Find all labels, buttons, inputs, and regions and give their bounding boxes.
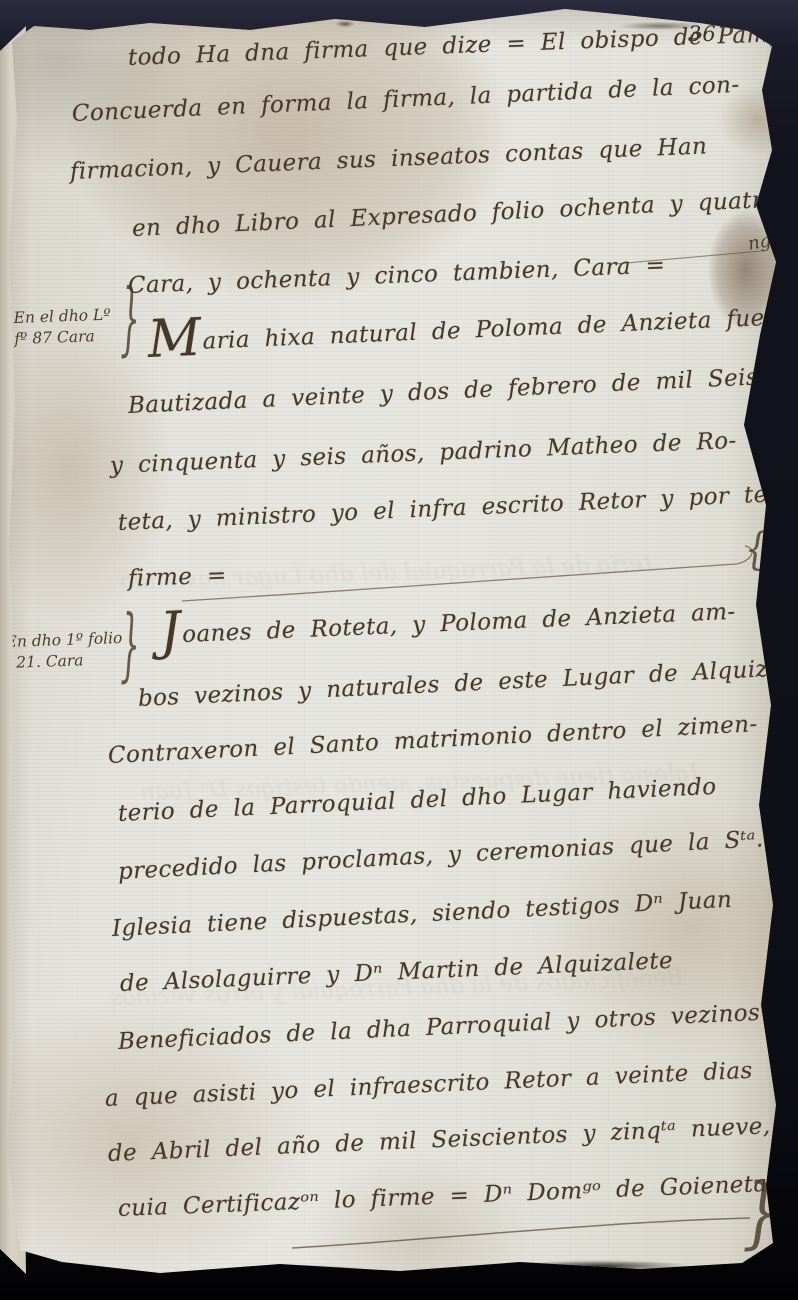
margin-note-folio-121: En dho 1º folio 121. Cara: [5, 628, 123, 674]
decorated-initial: M: [147, 308, 203, 370]
manuscript-line: firme =: [128, 563, 228, 592]
photo-background: terio de la Parroquial del dho Lugar hav…: [0, 0, 798, 1300]
margin-note-folio-87: En el dho Lº fº 87 Cara: [13, 305, 111, 350]
margin-brace: }: [120, 272, 139, 364]
margin-brace: }: [120, 598, 139, 690]
edge-text-fragment: ng: [746, 230, 772, 255]
manuscript-page: terio de la Parroquial del dho Lugar hav…: [0, 0, 798, 1300]
flourish-brace: }: [742, 1168, 779, 1258]
decorated-initial: J: [159, 601, 183, 662]
flourish-brace: {: [745, 524, 767, 575]
